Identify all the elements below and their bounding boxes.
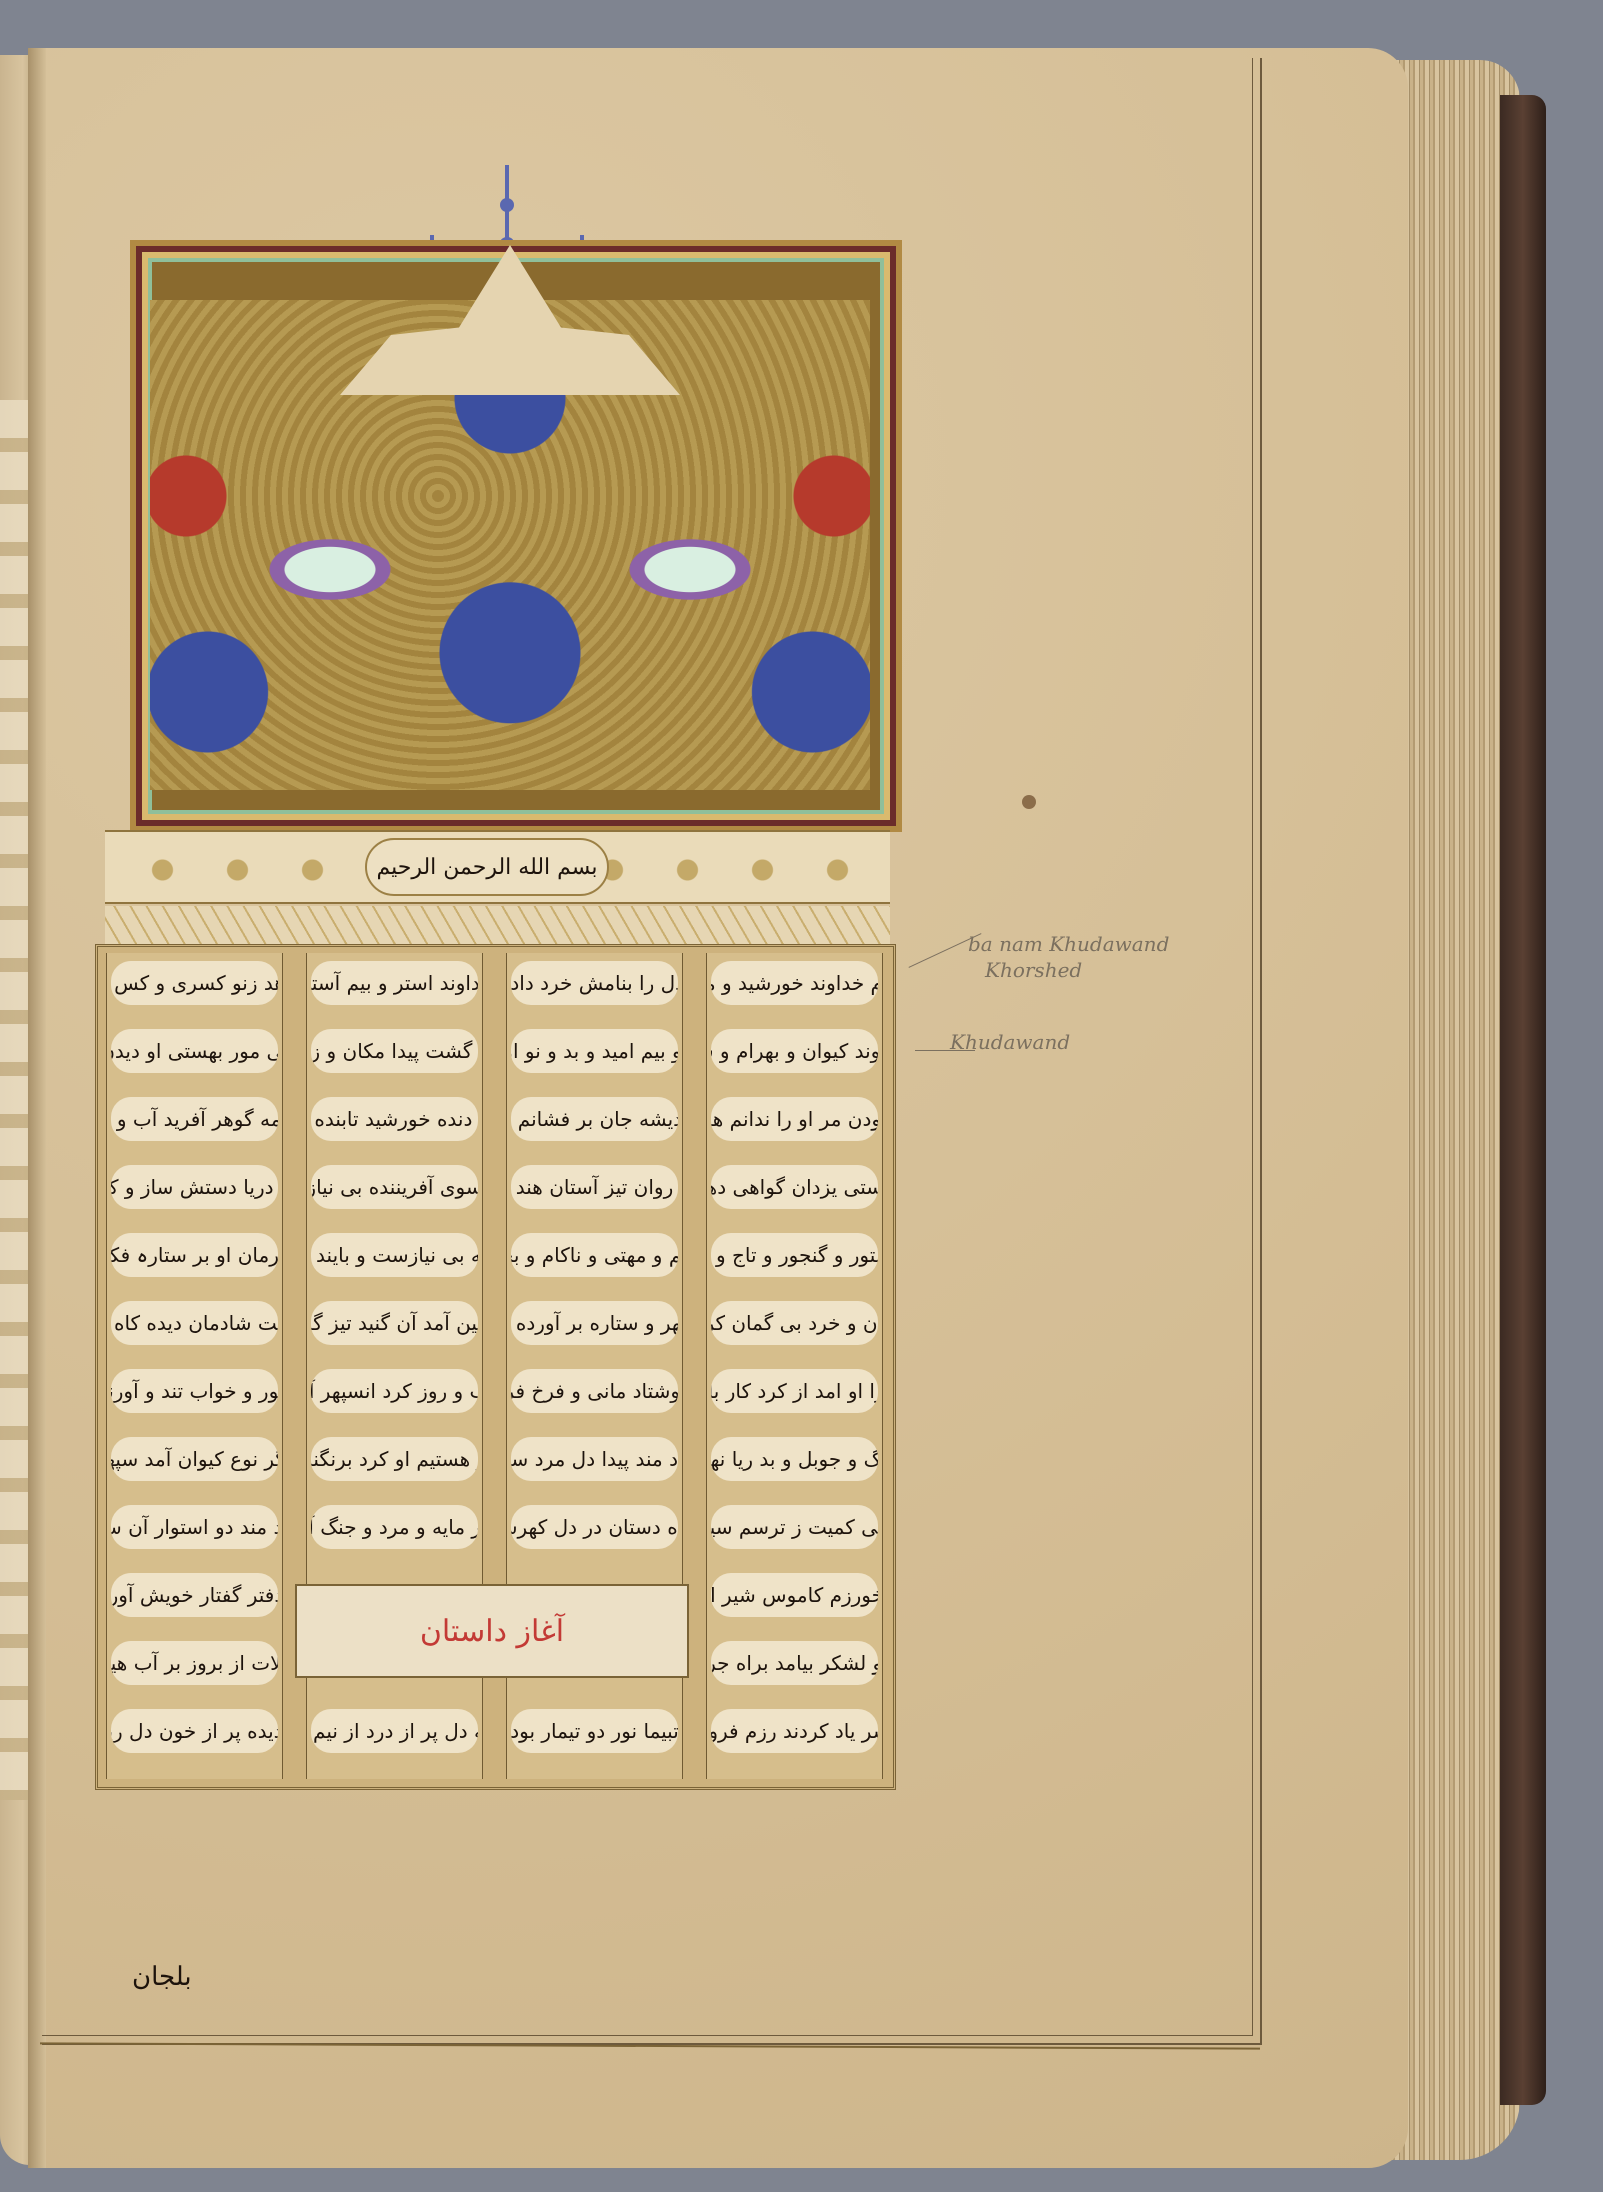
verse-line: چو جان و خرد بی گمان کرد گار	[711, 1301, 878, 1345]
verse-line: ستودن مر او را ندانم همی	[711, 1097, 878, 1141]
verse-line: کلات از بروز بر آب هیم	[111, 1641, 278, 1685]
verse-line: ز دفتر گفتار خویش آوریم	[111, 1573, 278, 1617]
verse-line: دگر نوع کیوان آمد سپهر	[111, 1437, 278, 1481]
verse-line: همه بی نیازست و بایند ایم	[311, 1233, 478, 1277]
verse-line: نهنگ و جوبل و بد ریا نهنگ	[711, 1437, 878, 1481]
pencil-leader-line	[915, 1050, 975, 1051]
verse-line: خرد مند پیدا دل مرد سنگ	[511, 1437, 678, 1481]
verse-line: بهستی یزدان گواهی دهند	[711, 1165, 878, 1209]
verse-line: سپهر و ستاره بر آورده ایم	[511, 1301, 678, 1345]
text-column-4: نخواهد زنو کسری و کس تخت پی مور بهستی او…	[106, 953, 283, 1779]
verse-line: خور و خواب تند و آورند	[111, 1369, 278, 1413]
verse-line: خداوند کیوان و بهرام و شید	[711, 1029, 878, 1073]
ink-spot	[1022, 795, 1036, 809]
verse-line: گروه دستان در دل کهرست	[511, 1505, 678, 1549]
verse-line: کجت شادمان دیده کاه در	[111, 1301, 278, 1345]
section-title: آغاز داستان	[420, 1614, 564, 1649]
section-title-cartouche: آغاز داستان	[295, 1584, 689, 1678]
margin-note: ba nam Khudawand	[968, 932, 1169, 956]
verse-line: چنین آمد آن گنید تیز گرد	[311, 1301, 478, 1345]
leather-cover-edge	[1500, 95, 1546, 2105]
verse-line: خداوند استر و بیم آستی	[311, 961, 478, 1005]
verse-line: بنام خداوند خورشید و ماه	[711, 961, 878, 1005]
verse-line: سوی آفریننده بی نیاز	[311, 1165, 478, 1209]
vine-scroll-band	[105, 906, 890, 946]
verse-line: پی مور بهستی او دیدن	[111, 1029, 278, 1073]
left-page-text-strip	[0, 400, 30, 1800]
verse-line: شب و روز کرد انسپهر آوید	[311, 1369, 478, 1413]
verse-line: از و بیم امید و بد و نو امید	[511, 1029, 678, 1073]
verse-line: شکفتی کمیت ز ترسم سیاست	[711, 1505, 878, 1549]
verse-line: چو لشکر بیامد براه جرم	[711, 1641, 878, 1685]
margin-note: Khorshed	[985, 958, 1082, 982]
bismillah-text: بسم الله الرحمن الرحیم	[376, 855, 597, 880]
verse-line: سمه گوهر آفرید آب و باد	[111, 1097, 278, 1141]
verse-line: ه دیده پر از خون دل ریگ	[111, 1709, 278, 1753]
verse-line: نخواهد زنو کسری و کس تخت	[111, 961, 278, 1005]
verse-line: خرد مند دو استوار آن سکه	[111, 1505, 278, 1549]
verse-line: که دل را بنامش خرد داد راه	[511, 961, 678, 1005]
verse-line: زکر دنده خورشید تابنده گام	[311, 1097, 478, 1141]
verse-line: بفرمان او بر ستارہ فکند	[111, 1233, 278, 1277]
text-column-1: بنام خداوند خورشید و ماه خداوند کیوان و …	[706, 953, 883, 1779]
verse-line: ز گم و مهتی و ناکام و بخت	[511, 1233, 678, 1277]
verse-line: که خورزم کاموس شیر اوزم	[711, 1573, 878, 1617]
verse-line: از اندیشه جان بر فشانم همی	[511, 1097, 678, 1141]
catchword: بلجان	[132, 1962, 192, 1992]
verse-line: روان تیز آستان هند	[511, 1165, 678, 1209]
verse-line: ز دستور و گنجور و تاج و تخت	[711, 1233, 878, 1277]
bismillah-cartouche: بسم الله الرحمن الرحیم	[365, 838, 609, 896]
verse-line: تبیما نور دو تیمار بود	[511, 1709, 678, 1753]
verse-line: سر مایه و مرد و جنگ آرد	[311, 1505, 478, 1549]
verse-line: گروشتاد مانی و فرخ فرند	[511, 1369, 678, 1413]
verse-line: همه دل پر از درد از نیم تاخ	[311, 1709, 478, 1753]
verse-line: تو دریا دستش ساز و کار	[111, 1165, 278, 1209]
verse-line: از و گشت پیدا مکان و زمان	[311, 1029, 478, 1073]
verse-line: سر یاد کردند رزم فرود	[711, 1709, 878, 1753]
verse-line: ز هستیم او کرد برنگند	[311, 1437, 478, 1481]
verse-line: چرا او امد از کرد کار بلند	[711, 1369, 878, 1413]
